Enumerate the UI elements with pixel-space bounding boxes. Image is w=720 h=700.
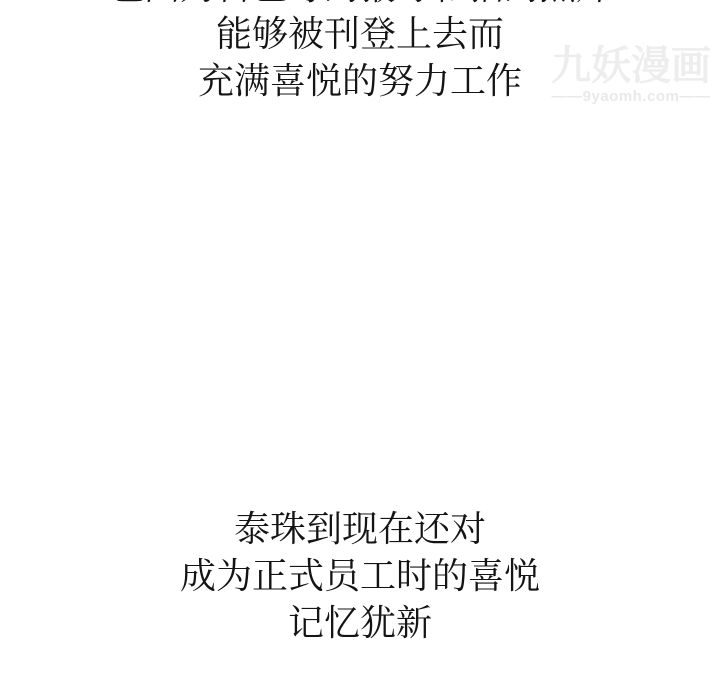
watermark-site-url: ——9yaomh.com—— bbox=[546, 89, 716, 105]
comic-page: 也因为自己写的报导和拍的照片 能够被刊登上去而 充满喜悦的努力工作 九妖漫画 —… bbox=[0, 0, 720, 700]
narration-line: 泰珠到现在还对 bbox=[0, 505, 720, 552]
watermark-site-name: 九妖漫画 bbox=[546, 45, 716, 87]
narration-line: 成为正式员工时的喜悦 bbox=[0, 552, 720, 599]
site-watermark: 九妖漫画 ——9yaomh.com—— bbox=[546, 45, 716, 105]
narration-bottom: 泰珠到现在还对 成为正式员工时的喜悦 记忆犹新 bbox=[0, 505, 720, 646]
narration-line: 也因为自己写的报导和拍的照片 bbox=[0, 0, 720, 10]
narration-line: 记忆犹新 bbox=[0, 599, 720, 646]
